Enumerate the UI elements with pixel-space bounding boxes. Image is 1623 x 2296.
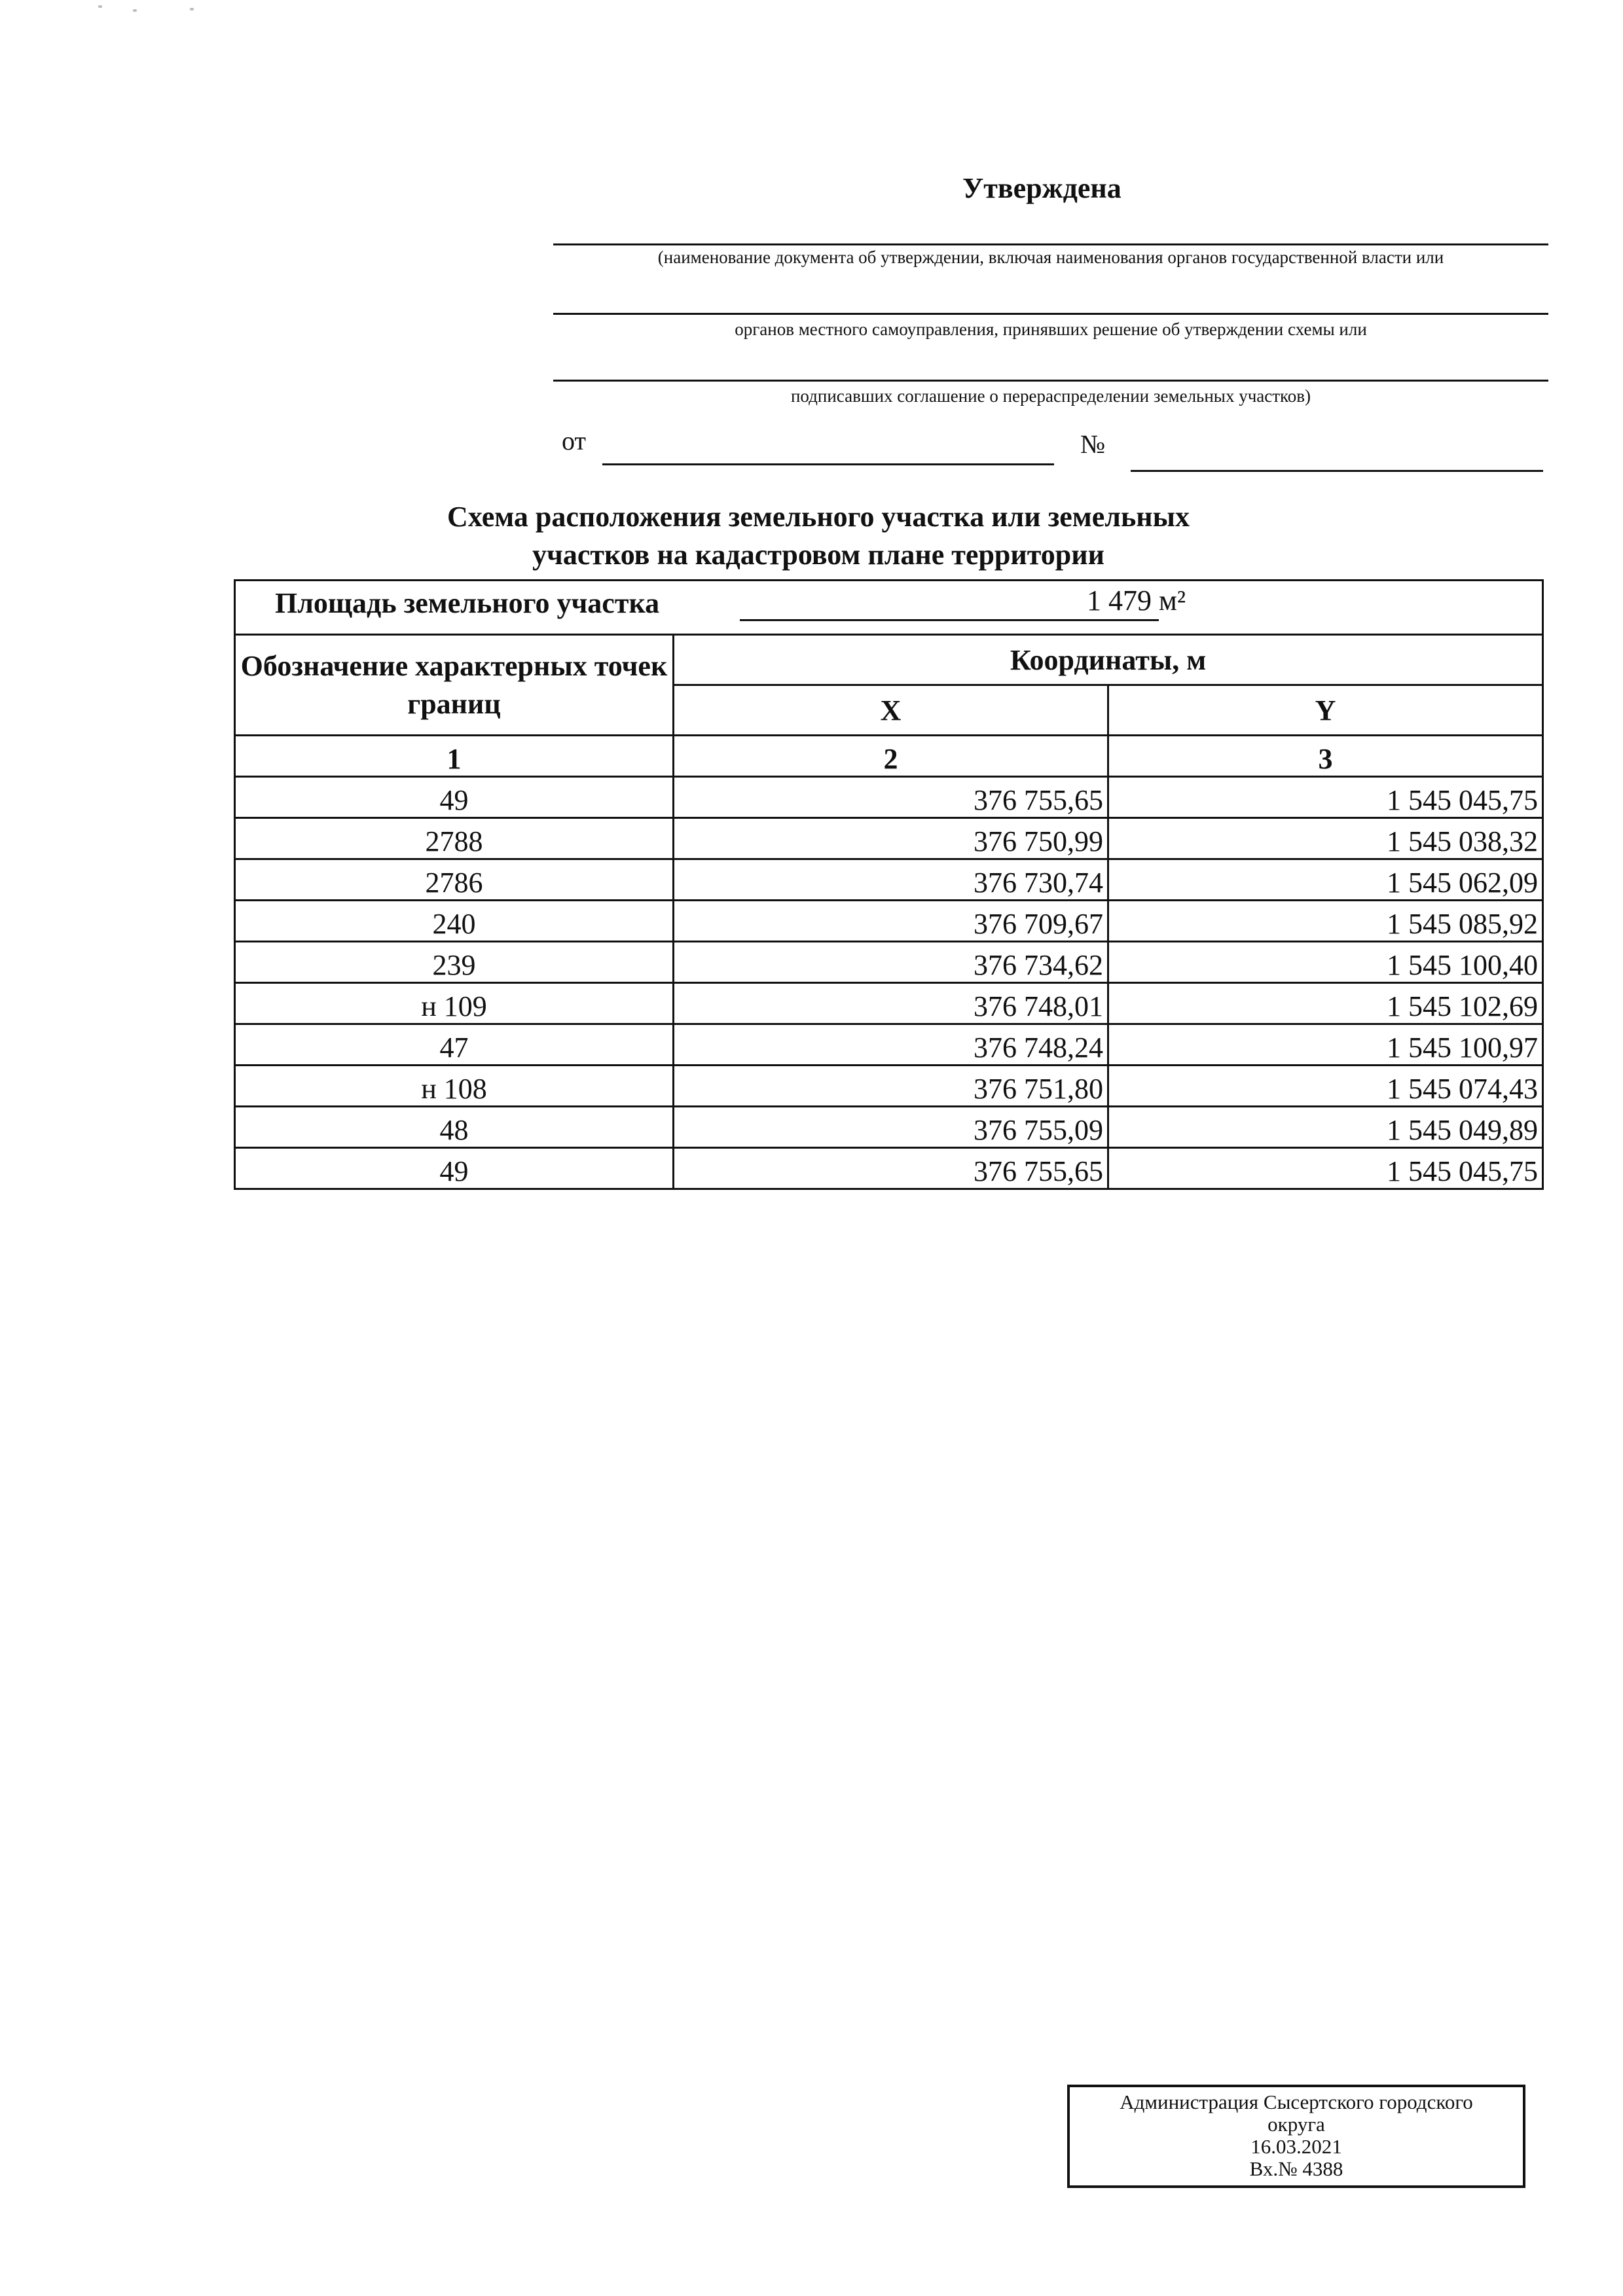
x-cell: 376 755,65 xyxy=(674,777,1108,818)
point-cell: н 109 xyxy=(235,983,674,1024)
stamp-organization-cont: округа xyxy=(1070,2113,1523,2136)
table-row: 47376 748,241 545 100,97 xyxy=(235,1024,1543,1066)
x-cell: 376 709,67 xyxy=(674,901,1108,942)
y-cell: 1 545 100,97 xyxy=(1108,1024,1543,1066)
table-row: 2788376 750,991 545 038,32 xyxy=(235,818,1543,859)
point-cell: 48 xyxy=(235,1107,674,1148)
x-cell: 376 750,99 xyxy=(674,818,1108,859)
scheme-title-line-2: участков на кадастровом плане территории xyxy=(367,535,1270,575)
points-column-header: Обозначение характерных точек границ xyxy=(235,635,674,736)
table-row: 49376 755,651 545 045,75 xyxy=(235,1148,1543,1189)
column-number-2: 2 xyxy=(674,736,1108,777)
coordinates-table: Площадь земельного участка 1 479 м² Обоз… xyxy=(234,579,1542,1190)
point-cell: 240 xyxy=(235,901,674,942)
x-cell: 376 755,09 xyxy=(674,1107,1108,1148)
x-cell: 376 748,24 xyxy=(674,1024,1108,1066)
approval-doc-line-2 xyxy=(553,313,1548,315)
scan-speck xyxy=(133,9,137,12)
stamp-incoming-number: Вх.№ 4388 xyxy=(1070,2158,1523,2180)
scan-speck xyxy=(190,8,194,10)
table-row: н 109376 748,011 545 102,69 xyxy=(235,983,1543,1024)
table-row: 49376 755,651 545 045,75 xyxy=(235,777,1543,818)
approval-caption-3: подписавших соглашение о перераспределен… xyxy=(553,386,1548,406)
y-cell: 1 545 102,69 xyxy=(1108,983,1543,1024)
x-column-header: X xyxy=(674,685,1108,736)
y-cell: 1 545 074,43 xyxy=(1108,1066,1543,1107)
approved-heading: Утверждена xyxy=(962,171,1122,205)
point-cell: 47 xyxy=(235,1024,674,1066)
point-cell: н 108 xyxy=(235,1066,674,1107)
point-cell: 2788 xyxy=(235,818,674,859)
approval-caption-2: органов местного самоуправления, принявш… xyxy=(553,319,1548,340)
registration-stamp: Администрация Сысертского городского окр… xyxy=(1067,2085,1525,2188)
point-cell: 49 xyxy=(235,1148,674,1189)
point-cell: 239 xyxy=(235,942,674,983)
table-row: 2786376 730,741 545 062,09 xyxy=(235,859,1543,901)
y-cell: 1 545 085,92 xyxy=(1108,901,1543,942)
x-cell: 376 730,74 xyxy=(674,859,1108,901)
x-cell: 376 734,62 xyxy=(674,942,1108,983)
approval-caption-1: (наименование документа об утверждении, … xyxy=(553,247,1548,268)
number-field-line xyxy=(1131,470,1543,472)
area-underline xyxy=(740,619,1159,621)
area-value: 1 479 м² xyxy=(1087,584,1186,617)
scheme-title-line-1: Схема расположения земельного участка ил… xyxy=(367,497,1270,537)
x-cell: 376 755,65 xyxy=(674,1148,1108,1189)
y-cell: 1 545 045,75 xyxy=(1108,777,1543,818)
y-column-header: Y xyxy=(1108,685,1543,736)
area-label: Площадь земельного участка xyxy=(255,584,659,620)
x-cell: 376 751,80 xyxy=(674,1066,1108,1107)
column-number-row: 1 2 3 xyxy=(235,736,1543,777)
table-row: 239376 734,621 545 100,40 xyxy=(235,942,1543,983)
point-cell: 49 xyxy=(235,777,674,818)
scan-speck xyxy=(98,5,102,8)
y-cell: 1 545 100,40 xyxy=(1108,942,1543,983)
y-cell: 1 545 045,75 xyxy=(1108,1148,1543,1189)
point-cell: 2786 xyxy=(235,859,674,901)
number-label: № xyxy=(1080,429,1105,459)
table-row: 240376 709,671 545 085,92 xyxy=(235,901,1543,942)
y-cell: 1 545 062,09 xyxy=(1108,859,1543,901)
stamp-date: 16.03.2021 xyxy=(1070,2136,1523,2158)
column-number-3: 3 xyxy=(1108,736,1543,777)
area-row: Площадь земельного участка 1 479 м² xyxy=(235,581,1543,635)
coordinates-column-header: Координаты, м xyxy=(674,635,1543,685)
approval-doc-line-1 xyxy=(553,243,1548,245)
date-field-line xyxy=(602,463,1054,465)
approval-doc-line-3 xyxy=(553,380,1548,382)
date-label: от xyxy=(562,425,586,456)
y-cell: 1 545 049,89 xyxy=(1108,1107,1543,1148)
y-cell: 1 545 038,32 xyxy=(1108,818,1543,859)
stamp-organization: Администрация Сысертского городского xyxy=(1070,2091,1523,2113)
column-number-1: 1 xyxy=(235,736,674,777)
table-row: 48376 755,091 545 049,89 xyxy=(235,1107,1543,1148)
x-cell: 376 748,01 xyxy=(674,983,1108,1024)
header-row: Обозначение характерных точек границ Коо… xyxy=(235,635,1543,685)
table-row: н 108376 751,801 545 074,43 xyxy=(235,1066,1543,1107)
